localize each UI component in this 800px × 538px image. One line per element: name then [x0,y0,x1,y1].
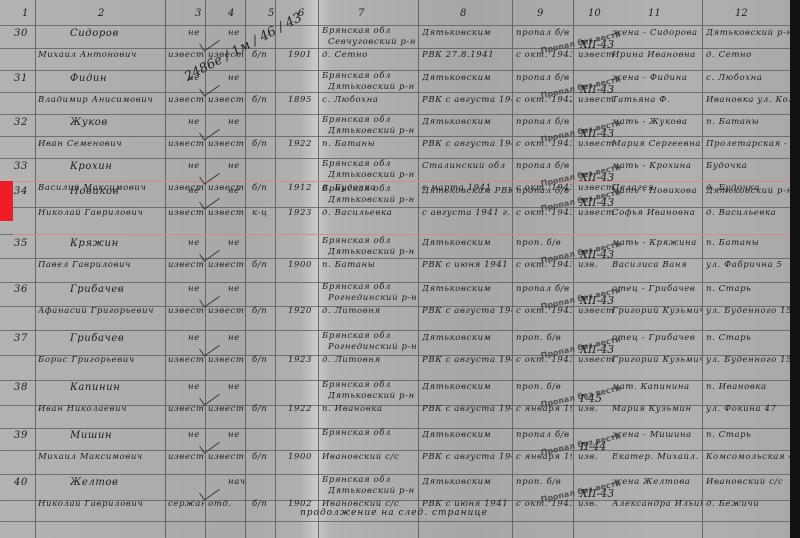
rank: б/п [252,95,267,105]
draft-date: РВК с августа 1941 [422,139,512,149]
col4-bottom: извест [208,404,244,414]
origin-middle: Дятьковский р-н [328,126,418,136]
origin-middle: Дятьковский р-н [328,391,418,401]
relative-name-2: Василиса Ваня [612,260,702,270]
draft-office: Дятьковским [422,382,512,392]
status: пропал б/в [516,186,572,196]
col3-bottom: извест [168,404,204,414]
stamp-date: XII-43 [580,38,614,51]
origin-middle: Дятьковский р-н [328,486,418,496]
origin-bottom: Ивановский с/с [322,452,417,462]
birth-year: 1922 [288,404,312,414]
col3-bottom: извест [168,452,204,462]
birth-year: 1923 [288,355,312,365]
rank: б/п [252,452,267,462]
stamp-date: XII-43 [580,83,614,96]
address-top: п. Ивановка [706,382,790,392]
address-top: Ивановский с/с [706,477,790,487]
col4-top: не [228,238,240,248]
column-header: 3 [195,8,201,19]
relative-name: отец - Грибачев [612,284,702,294]
stamp-date: XII-43 [580,248,614,261]
draft-date: с августа 1941 г. [422,208,512,218]
stamp-date: XII-43 [580,294,614,307]
relative-name: жена - Сидорова [612,28,702,38]
given-name: Николай Гаврилович [38,499,163,509]
column-header: 9 [537,8,543,19]
col3-top: не [188,28,200,38]
checkmark-icon [199,338,220,356]
origin-bottom: с. Любохна [322,95,417,105]
draft-date: РВК с августа 1941 [422,95,512,105]
draft-office: Дятьковским РВК [422,186,512,196]
given-name: Владимир Анисимович [38,95,163,105]
row-number: 36 [14,284,28,295]
column-header: 7 [358,8,364,19]
relative-name: жена - Мишина [612,430,702,440]
row-highlight-marker[interactable] [0,181,13,221]
surname: Жуков [70,117,108,128]
grid-line [245,0,246,538]
status: пропал б/в [516,284,572,294]
address-top: с. Любохна [706,73,790,83]
column-header: 10 [588,8,601,19]
grid-line [35,0,36,538]
given-name: Иван Семенович [38,139,163,149]
given-name: Афанасий Григорьевич [38,306,163,316]
birth-year: 1912 [288,183,312,193]
row-number: 39 [14,430,28,441]
origin-top: Брянская обл [322,331,417,341]
col4-top: не [228,186,240,196]
origin-middle: Дятьковский р-н [328,247,418,257]
col3-top: не [188,284,200,294]
column-header: 12 [735,8,748,19]
rank: б/п [252,260,267,270]
col4-bottom: извест [208,139,244,149]
column-header: 4 [228,8,234,19]
origin-top: Брянская обл [322,475,417,485]
origin-bottom: п. Батаны [322,260,417,270]
row-number: 40 [14,477,28,488]
stamp-date: I-45 [580,392,602,405]
col3-bottom: сержант [168,499,204,509]
origin-top: Брянская обл [322,26,417,36]
col4-top: не [228,333,240,343]
col4-bottom: извест [208,355,244,365]
origin-bottom: п. Ивановка [322,404,417,414]
col3-bottom: извест [168,50,204,60]
origin-top: Брянская обл [322,428,417,438]
col4-bottom: извест [208,306,244,316]
row-number: 34 [14,186,28,197]
grid-line [205,0,206,538]
relative-name: мать - Жукова [612,117,702,127]
origin-middle: Рогнединский р-н [328,342,418,352]
grid-line [275,0,276,538]
draft-date: РВК с августа 1941 [422,452,512,462]
column-header: 8 [460,8,466,19]
surname: Грибачев [70,284,124,295]
col3-top: не [188,161,200,171]
birth-year: 1923 [288,208,312,218]
col3-top: не [188,73,200,83]
relative-name: отец - Грибачев [612,333,702,343]
status: пропал б/в [516,161,572,171]
grid-line [165,0,166,538]
given-name: Михаил Антонович [38,50,163,60]
column-header: 5 [268,8,274,19]
rank: б/п [252,183,267,193]
address-top: Дятьковский р-н [706,186,790,196]
surname: Сидоров [70,28,119,39]
relative-name: жена Желтова [612,477,702,487]
origin-top: Брянская обл [322,159,417,169]
draft-office: Дятьковским [422,284,512,294]
surname: Кряжин [70,238,119,249]
col4-bottom: отд. [208,499,244,509]
status: проп. б/в [516,333,572,343]
origin-middle: Рогнединский р-н [328,293,418,303]
origin-middle: Севчуговский р-н [328,37,418,47]
col3-bottom: извест [168,208,204,218]
col4-top: не [228,161,240,171]
address-top: п. Старь [706,284,790,294]
col3-bottom: извест [168,95,204,105]
row-number: 33 [14,161,28,172]
origin-bottom: д. Васильевка [322,208,417,218]
address-top: п. Батаны [706,117,790,127]
grid-line [702,0,703,538]
origin-middle: Дятьковский р-н [328,82,418,92]
origin-bottom: д. Сетно [322,50,417,60]
relative-name-2: Александра Ильин. [612,499,702,509]
address-top: Дятьковский р-н [706,28,790,38]
address-bottom: ул. Буденного 15 [706,306,790,316]
relative-name-2: Софья Ивановна [612,208,702,218]
col3-bottom: извест [168,139,204,149]
birth-year: 1920 [288,306,312,316]
col3-top: не [188,117,200,127]
address-bottom: Комсомольская 43 [706,452,790,462]
column-header: 2 [98,8,104,19]
status: пропал б/в [516,73,572,83]
col3-bottom: извест [168,260,204,270]
draft-office: Дятьковским [422,28,512,38]
birth-year: 1901 [288,50,312,60]
address-bottom: ул. Буденного 15 [706,355,790,365]
status: пропал б/в [516,430,572,440]
checkmark-icon [199,78,220,96]
continuation-note: продолжение на след. странице [300,508,488,518]
draft-date: РВК с августа 1941 [422,355,512,365]
col4-top: не [228,284,240,294]
address-bottom: д. Сетно [706,50,790,60]
birth-year: 1900 [288,452,312,462]
address-bottom: ул. Фабрична 5 [706,260,790,270]
address-top: п. Батаны [706,238,790,248]
address-top: Будочка [706,161,790,171]
status: проп. б/в [516,238,572,248]
col4-bottom: извест [208,208,244,218]
rank: б/п [252,306,267,316]
surname: Фидин [70,73,107,84]
checkmark-icon [199,289,220,307]
col4-top: нач [228,477,246,487]
scanned-register-page: 1 2 3 4 5 6 7 8 9 10 11 12 2486е / 1м / … [0,0,790,538]
origin-middle: Дятьковский р-н [328,195,418,205]
col3-bottom: извест [168,306,204,316]
birth-year: 1900 [288,260,312,270]
relative-name: мать - Крохина [612,161,702,171]
stamp-date: XII-43 [580,127,614,140]
grid-line [318,0,319,538]
grid-line [418,0,419,538]
relative-name: жена - Фидина [612,73,702,83]
relative-name: мать - Кряжина [612,238,702,248]
draft-office: Дятьковским [422,238,512,248]
checkmark-icon [199,482,220,500]
address-bottom: Ивановка ул. Коммунар [706,95,790,105]
draft-office: Дятьковским [422,73,512,83]
given-name: Николай Гаврилович [38,208,163,218]
grid-line [573,0,574,538]
address-bottom: Пролетарская - 71 [706,139,790,149]
surname: Новиков [70,186,119,197]
checkmark-icon [199,387,220,405]
relative-name: мать - Новикова [612,186,702,196]
status: пропал б/в [516,117,572,127]
stamp-date: XII-43 [580,171,614,184]
origin-top: Брянская обл [322,115,417,125]
draft-office: Дятьковским [422,477,512,487]
address-bottom: ул. Фокина 47 [706,404,790,414]
col4-top: не [228,73,240,83]
origin-top: Брянская обл [322,71,417,81]
status: проп. б/в [516,382,572,392]
row-number: 32 [14,117,28,128]
birth-year: 1922 [288,139,312,149]
row-number: 30 [14,28,28,39]
address-bottom: д. Васильевка [706,208,790,218]
given-name: Павел Гаврилович [38,260,163,270]
stamp-date: XII-43 [580,196,614,209]
birth-year: 1895 [288,95,312,105]
col4-top: не [228,117,240,127]
column-header: 11 [648,8,661,19]
surname: Мишин [70,430,112,441]
col4-top: не [228,382,240,392]
col3-top: не [188,382,200,392]
address-bottom: д. Бежичи [706,499,790,509]
col3-bottom: извест [168,355,204,365]
stamp-date: XII-43 [580,343,614,356]
status: проп. б/в [516,477,572,487]
draft-date: РВК с августа 1941 [422,306,512,316]
col3-top: не [188,430,200,440]
column-header: 1 [22,8,28,19]
stamp-date: II-44 [580,440,606,453]
relative-name-2: Григорий Кузьмич [612,355,702,365]
given-name: Борис Григорьевич [38,355,163,365]
relative-name-2: Татьяна Ф. [612,95,702,105]
row-number: 35 [14,238,28,249]
origin-top: Брянская обл [322,380,417,390]
relative-name-2: Григорий Кузьмич [612,306,702,316]
grid-line [512,0,513,538]
surname: Желтов [70,477,118,488]
origin-top: Брянская обл [322,184,417,194]
origin-bottom: д. Литовня [322,355,417,365]
rank: б/п [252,50,267,60]
relative-name: мат. Капинина [612,382,702,392]
draft-office: Дятьковским [422,333,512,343]
rank: б/п [252,499,267,509]
rank: б/п [252,139,267,149]
rank: б/п [252,355,267,365]
origin-top: Брянская обл [322,236,417,246]
col4-top: не [228,28,240,38]
rank: к-ц [252,208,268,218]
row-number: 38 [14,382,28,393]
checkmark-icon [199,122,220,140]
row-number: 31 [14,73,28,84]
col4-bottom: извест [208,50,244,60]
draft-date: РВК 27.8.1941 [422,50,512,60]
scan-edge [790,0,800,538]
surname: Грибачев [70,333,124,344]
draft-office: Дятьковским [422,117,512,127]
origin-bottom: д. Литовня [322,306,417,316]
relative-name-2: Ирина Ивановна [612,50,702,60]
col4-bottom: извест [208,452,244,462]
col4-top: не [228,430,240,440]
relative-name-2: Мария Кузьмин [612,404,702,414]
origin-top: Брянская обл [322,282,417,292]
rank: б/п [252,404,267,414]
col3-top: не [188,238,200,248]
col3-top: не [188,333,200,343]
draft-office: Сталинский обл [422,161,512,171]
given-name: Иван Николаевич [38,404,163,414]
surname: Крохин [70,161,112,172]
origin-middle: Дятьковский р-н [328,170,418,180]
origin-bottom: п. Батаны [322,139,417,149]
col4-bottom: извест [208,260,244,270]
col4-bottom: извест [208,95,244,105]
surname: Капинин [70,382,120,393]
address-top: п. Старь [706,333,790,343]
draft-office: Дятьковским [422,430,512,440]
relative-name-2: Екатер. Михайл. [612,452,702,462]
stamp-date: XII-43 [580,487,614,500]
col3-top: не [188,186,200,196]
draft-date: РВК с июня 1941 [422,260,512,270]
status: пропал б/в [516,28,572,38]
address-top: п. Старь [706,430,790,440]
given-name: Михаил Максимович [38,452,163,462]
row-number: 37 [14,333,28,344]
draft-date: РВК с августа 1941 [422,404,512,414]
relative-name-2: Мария Сергеевна [612,139,702,149]
